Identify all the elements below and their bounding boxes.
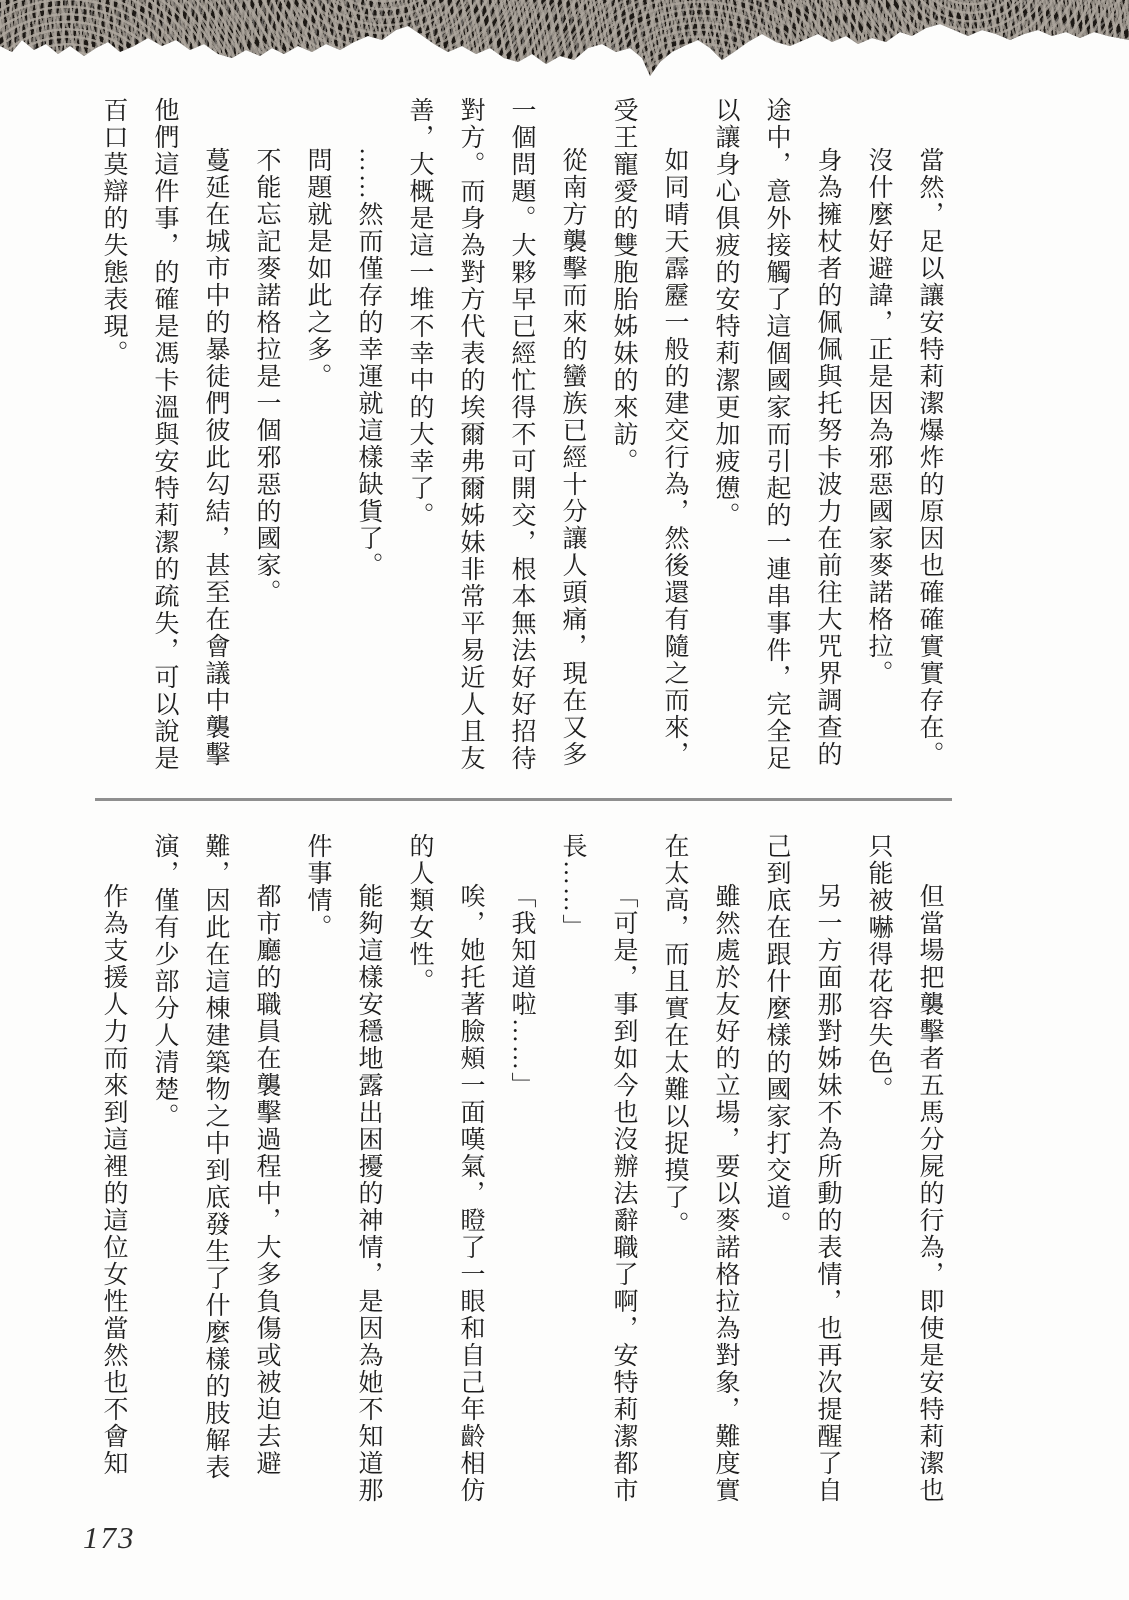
page-number: 173 (83, 1520, 136, 1556)
text-section-bottom: 但當場把襲擊者五馬分屍的行為，即使是安特莉潔也只能被嚇得花容失色。 另一方面那對… (85, 833, 955, 1510)
paragraph: 從南方襲擊而來的蠻族已經十分讓人頭痛，現在又多一個問題。大夥早已經忙得不可開交，… (394, 97, 598, 774)
paragraph dialogue: 「我知道啦……」 (496, 833, 547, 1510)
paragraph: 當然，足以讓安特莉潔爆炸的原因也確確實實存在。 (904, 97, 955, 774)
paragraph: 另一方面那對姊妹不為所動的表情，也再次提醒了自己到底在跟什麼樣的國家打交道。 (751, 833, 853, 1510)
paragraph: 都市廳的職員在襲擊過程中，大多負傷或被迫去避難，因此在這棟建築物之中到底發生了什… (139, 833, 292, 1510)
paragraph: 但當場把襲擊者五馬分屍的行為，即使是安特莉潔也只能被嚇得花容失色。 (853, 833, 955, 1510)
paragraph: 不能忘記麥諾格拉是一個邪惡的國家。 (241, 97, 292, 774)
torn-paper-texture (0, 0, 1129, 80)
text-section-top: 當然，足以讓安特莉潔爆炸的原因也確確實實存在。 沒什麼好避諱，正是因為邪惡國家麥… (85, 97, 955, 774)
paragraph: 唉，她托著臉頰一面嘆氣，瞪了一眼和自己年齡相仿的人類女性。 (394, 833, 496, 1510)
paragraph: 能夠這樣安穩地露出困擾的神情，是因為她不知道那件事情。 (292, 833, 394, 1510)
paragraph dialogue: 「可是，事到如今也沒辦法辭職了啊，安特莉潔都市長……」 (547, 833, 649, 1510)
paragraph: 沒什麼好避諱，正是因為邪惡國家麥諾格拉。 (853, 97, 904, 774)
book-page: 當然，足以讓安特莉潔爆炸的原因也確確實實存在。 沒什麼好避諱，正是因為邪惡國家麥… (0, 0, 1129, 1600)
section-divider (95, 798, 952, 801)
paragraph: 雖然處於友好的立場，要以麥諾格拉為對象，難度實在太高，而且實在太難以捉摸了。 (649, 833, 751, 1510)
paragraph: 問題就是如此之多。 (292, 97, 343, 774)
paragraph: 身為擁杖者的佩佩與托努卡波力在前往大咒界調查的途中，意外接觸了這個國家而引起的一… (700, 97, 853, 774)
paragraph: 如同晴天霹靂一般的建交行為，然後還有隨之而來，受王寵愛的雙胞胎姊妹的來訪。 (598, 97, 700, 774)
paragraph: 作為支援人力而來到這裡的這位女性當然也不會知 (88, 833, 139, 1510)
paragraph: 蔓延在城市中的暴徒們彼此勾結，甚至在會議中襲擊他們這件事，的確是馮卡溫與安特莉潔… (88, 97, 241, 774)
paragraph: ……然而僅存的幸運就這樣缺貨了。 (343, 97, 394, 774)
